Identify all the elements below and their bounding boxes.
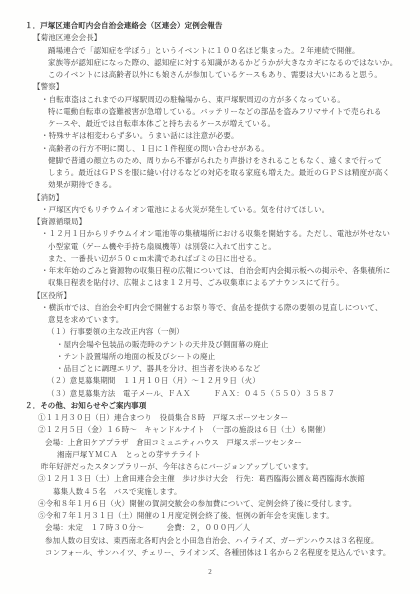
report-line: ・年末年始のごみと資源物の収集日程の広報については、自治会町内会掲示板への掲示や… [41,265,420,277]
report-line: 効果が期待できる。 [48,179,420,191]
notice-line: ④令和８年１月６日（火）開催の賀詞交歓会の参加費について、定例会終了後に受付しま… [38,498,420,510]
page-number: 2 [0,568,420,576]
report-line: ・特殊サギは相変わらず多い。うまい話には注意が必要。 [41,130,420,142]
notice-line: ②１２月５日（金）１６時～ キャンドルナイト （一部の施設は６日（土）も開催） [38,424,420,436]
report-line: 小型家電（ゲーム機や手持ち扇風機等）は別袋に入れて出すこと。 [48,241,420,253]
report-line: ケースや、最近では自転車本体ごと持ち去るケースが増えている。 [48,118,420,130]
report-line: （１）行事要領の主な改正内容（一例） [47,326,420,338]
notice-line: 参加人数の目安は、東西南北各町内会と小田急自治会、ハイライズ、ガーデンハウスは３… [45,535,420,547]
notice-line: ①１１月３０日（日）連合まつり 役員集合８時 戸塚スポーツセンター [38,412,420,424]
report-line: 健脚で普通の顔立ちのため、周りから不審がられたり声掛けをされることもなく、遠くま… [48,155,420,167]
notice-line: ③１２月１３日（土）上倉田連合会主催 歩け歩け大会 行先：葛西臨海公園＆葛西臨海… [38,473,420,485]
notice-line: 会場：未定 １７時３０分～ 会費：２，０００円／人 [45,522,420,534]
report-line: 収集日程表を貼付け、広報よこはま１２月号、ごみ収集車によるアナウンスにて行う。 [48,277,420,289]
report-line: 家族等が認知症になった際の、認知症に対する知識があるかどうかが大きなカギになるの… [48,57,420,69]
speaker-label: 【消防】 [33,192,420,204]
report-line: ・高齢者の行方不明に関し、１日に１件程度の問い合わせがある。 [41,143,420,155]
report-line: ・１２月１日からリチウムイオン電池等の集積場所における収集を開始する。ただし、電… [41,228,420,240]
report-line: 特に電動自転車の盗難被害が急増している。バッテリーなどの部品を盗みフリマサイトで… [48,106,420,118]
report-line: （２）意見募集期間 １１月１０日（月）～１２月９日（火） [47,375,420,387]
notice-line: コンフォール、サンハイツ、チェリー、ライオンズ、各種団体は１名から２名程度を見込… [45,547,420,559]
notice-line: 昨年好評だったスタンプラリーが、今年はさらにバージョンアップしています。 [41,461,420,473]
notices-heading: ２．その他、お知らせやご案内事項 [25,400,420,412]
report-line: ・テント設置場所の地面の板及びシートの廃止 [56,351,420,363]
report-line: ・横浜市では、自治会や町内会で開催するお祭り等で、食品を提供する際の要領の見直し… [41,302,420,314]
notice-line: ⑤令和７年１月３１日（土）開催の１月度定例会終了後、恒例の新年会を実施します。 [38,510,420,522]
report-line: また、一番長い辺が５０ｃｍ未満であればゴミの日に出せる。 [48,253,420,265]
report-line: 意見を求めています。 [48,314,420,326]
notice-line: 募集人数４５名 バスで実施します。 [53,486,420,498]
notice-line: 湘南戸塚ＹＭＣＡ とっとの芽サテライト [57,449,420,461]
notice-line: 会場：上倉田ケアプラザ 倉田コミュニティハウス 戸塚スポーツセンター [45,437,420,449]
report-line: （３）意見募集方法 電子メール、ＦＡＸ ＦＡＸ：０４５（５５０）３５８７ [47,388,420,400]
report-heading: １．戸塚区連合町内会自治会連絡会（区連会）定例会報告 [25,20,420,32]
speaker-label: 【区役所】 [33,290,420,302]
report-line: このイベントには高齢者以外にも娘さんが参加しているケースもあり、需要は大いにある… [48,69,420,81]
document-page: １．戸塚区連合町内会自治会連絡会（区連会）定例会報告 【菊池区連会会長】 踊場連… [0,0,420,594]
report-line: ・屋内会場や包装品の販売時のテントの天井及び側面幕の廃止 [56,339,420,351]
report-line: ・品目ごとに調理エリア、器具を分け、担当者を決めるなど [56,363,420,375]
speaker-label: 【資源循環局】 [33,216,420,228]
speaker-label: 【警察】 [33,81,420,93]
report-line: しまう。最近はＧＰＳを服に縫い付けるなどの対応を取る家庭も増えた。最近のＧＰＳは… [48,167,420,179]
speaker-label: 【菊池区連会会長】 [33,32,420,44]
report-line: 踊場連合で「認知症を学ぼう」というイベントに１００名ほど集まった。２年連続で開催… [48,45,420,57]
report-line: ・自転車盗はこれまでの戸塚駅周辺の駐輪場から、東戸塚駅周辺の方が多くなっている。 [41,94,420,106]
report-line: ・戸塚区内でもリチウムイオン電池による火災が発生している。気を付けてほしい。 [41,204,420,216]
